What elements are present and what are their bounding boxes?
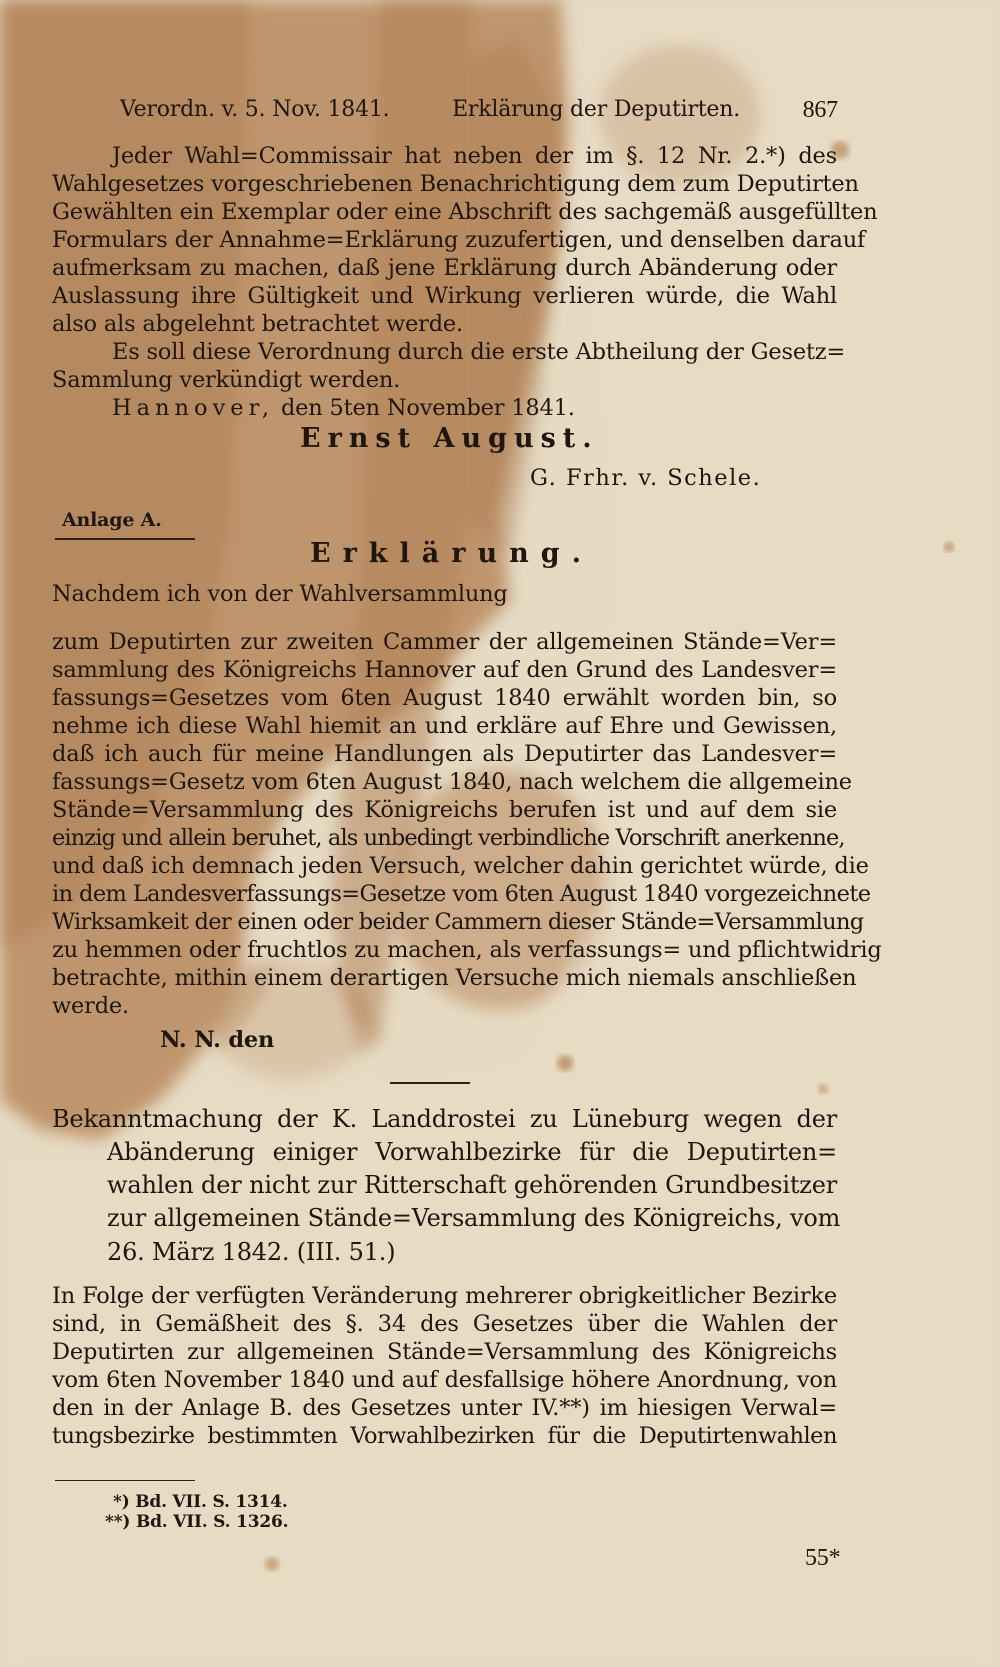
text-line: Deputirten zur allgemeinen Stände=Versam…: [52, 1338, 837, 1366]
text-line: Stände=Versammlung des Königreichs beruf…: [52, 796, 837, 824]
dateline: Hannover, den 5ten November 1841.: [112, 394, 897, 422]
text-line: nehme ich diese Wahl hiemit an und erklä…: [52, 712, 837, 740]
title-line: Abänderung einiger Vorwahlbezirke für di…: [52, 1136, 837, 1169]
text-line: Auslassung ihre Gültigkeit und Wirkung v…: [52, 282, 837, 310]
signature-minister: G. Frhr. v. Schele.: [530, 464, 761, 492]
text-line: werde.: [52, 992, 837, 1020]
document-page: Verordn. v. 5. Nov. 1841. Erklärung der …: [0, 0, 1000, 1667]
annex-label-rule: [55, 538, 195, 540]
title-line: Bekanntmachung der K. Landdrostei zu Lün…: [52, 1103, 837, 1136]
text-line: Formulars der Annahme=Erklärung zuzufert…: [52, 226, 837, 254]
footnote: **) Bd. VII. S. 1326.: [105, 1512, 288, 1532]
text-line: fassungs=Gesetzes vom 6ten August 1840 e…: [52, 684, 837, 712]
text-line: Wahlgesetzes vorgeschriebenen Benachrich…: [52, 170, 837, 198]
text-line: zum Deputirten zur zweiten Cammer der al…: [52, 628, 837, 656]
text-line: daß ich auch für meine Handlungen als De…: [52, 740, 837, 768]
dateline-place: Hannover,: [112, 395, 274, 421]
text-line: Sammlung verkündigt werden.: [52, 366, 837, 394]
footnote-rule: [55, 1480, 195, 1481]
annex-opening: Nachdem ich von der Wahlversammlung: [52, 580, 837, 608]
footnote: *) Bd. VII. S. 1314.: [113, 1492, 288, 1512]
text-line: tungsbezirke bestimmten Vorwahlbezirken …: [52, 1422, 837, 1450]
signature-sovereign: Ernst August.: [300, 425, 599, 453]
text-line: sammlung des Königreichs Hannover auf de…: [52, 656, 837, 684]
text-line: also als abgelehnt betrachtet werde.: [52, 310, 837, 338]
title-line: 26. März 1842. (III. 51.): [52, 1236, 837, 1269]
text-line: einzig und allein beruhet, als unbedingt…: [52, 824, 837, 852]
text-line: vom 6ten November 1840 und auf desfallsi…: [52, 1366, 837, 1394]
annex-signature-line: N. N. den: [160, 1026, 274, 1054]
running-head: Verordn. v. 5. Nov. 1841. Erklärung der …: [120, 96, 838, 124]
text-line: in dem Landesverfassungs=Gesetze vom 6te…: [52, 880, 837, 908]
annex-heading: Erklärung.: [310, 540, 593, 568]
text-line: Wirksamkeit der einen oder beider Cammer…: [52, 908, 837, 936]
text-line: sind, in Gemäßheit des §. 34 des Gesetze…: [52, 1310, 837, 1338]
section-divider: [390, 1082, 470, 1084]
running-head-left: Verordn. v. 5. Nov. 1841.: [120, 96, 389, 124]
text-line: Jeder Wahl=Commissair hat neben der im §…: [52, 142, 837, 170]
signature-mark: 55*: [805, 1544, 840, 1572]
text-line: aufmerksam zu machen, daß jene Erklärung…: [52, 254, 837, 282]
dateline-date: den 5ten November 1841.: [281, 395, 575, 421]
text-line: Gewählten ein Exemplar oder eine Abschri…: [52, 198, 837, 226]
text-line: In Folge der verfügten Veränderung mehre…: [52, 1282, 837, 1310]
text-line: zu hemmen oder fruchtlos zu machen, als …: [52, 936, 837, 964]
text-line: betrachte, mithin einem derartigen Versu…: [52, 964, 837, 992]
running-head-center: Erklärung der Deputirten.: [452, 96, 740, 124]
title-line: zur allgemeinen Stände=Versammlung des K…: [52, 1202, 837, 1235]
text-line: und daß ich demnach jeden Versuch, welch…: [52, 852, 837, 880]
text-line: Es soll diese Verordnung durch die erste…: [52, 338, 837, 366]
page-number: 867: [803, 96, 838, 124]
title-line: wahlen der nicht zur Ritterschaft gehöre…: [52, 1169, 837, 1202]
annex-label: Anlage A.: [62, 506, 162, 534]
text-line: den in der Anlage B. des Gesetzes unter …: [52, 1394, 837, 1422]
text-line: fassungs=Gesetz vom 6ten August 1840, na…: [52, 768, 837, 796]
